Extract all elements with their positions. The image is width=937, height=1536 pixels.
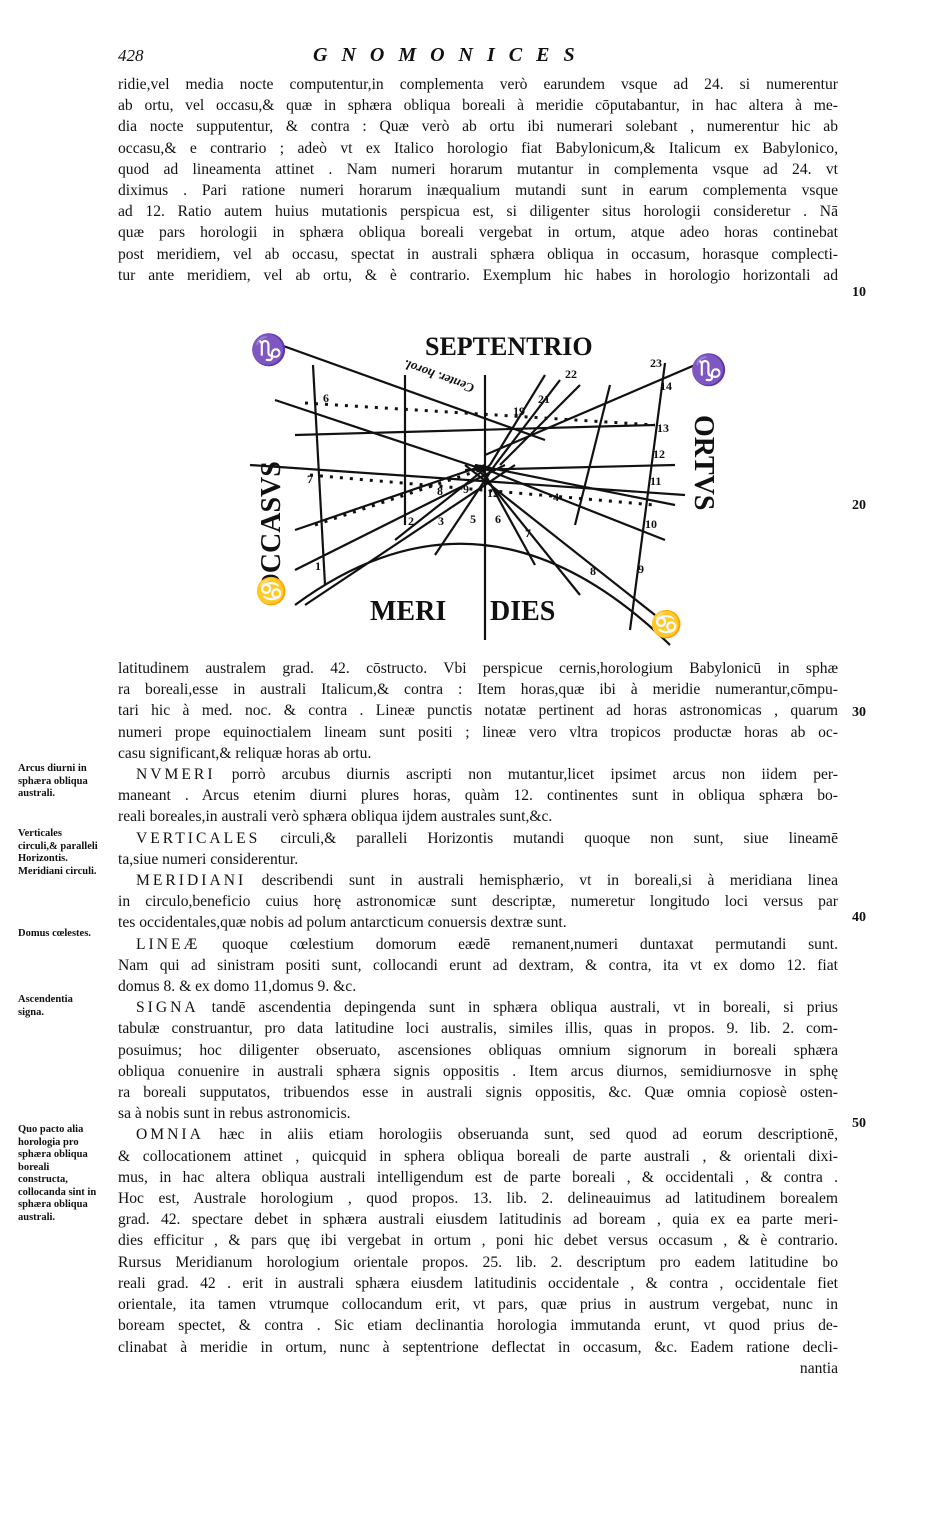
svg-text:14: 14	[660, 379, 672, 393]
text-line: grad. 42. spectare debet in sphæra austr…	[118, 1209, 838, 1230]
text-line: ad 12. Ratio autem huius mutationis pers…	[118, 201, 838, 222]
text-line: obliqua conuenire in australi sphæra sig…	[118, 1061, 838, 1082]
text-line: dies efficitur , & pars quę ibi vergebat…	[118, 1230, 838, 1251]
text-line: tes occidentales,quæ nobis ad polum anta…	[118, 912, 838, 933]
bottom-text-block: latitudinem australem grad. 42. cōstruct…	[118, 658, 838, 1379]
svg-text:2: 2	[408, 514, 414, 528]
text-line: ra boreali,esse in australi Italicum,& c…	[118, 679, 838, 700]
text-line: reali grad. 42 . erit in australi sphæra…	[118, 1273, 838, 1294]
book-page: 428 GNOMONICES ridie,vel media nocte com…	[0, 0, 937, 1536]
svg-text:19: 19	[513, 404, 525, 418]
line-marker: 40	[852, 910, 866, 926]
horizontal-sundial-figure: SEPTENTRIO MERI DIES OCCASVS ORTVS Cente…	[235, 315, 735, 655]
text-line: Hoc est, Australe horologium , quod prop…	[118, 1188, 838, 1209]
line-marker: 10	[852, 285, 866, 301]
svg-text:12: 12	[653, 447, 665, 461]
text-line: casu significant,& reliquæ horas ab ortu…	[118, 743, 838, 764]
margin-note: Ascendentia signa.	[18, 994, 98, 1019]
text-line: boream spectet, & contra . Sic etiam dec…	[118, 1315, 838, 1336]
center-label: Center. horol.	[401, 357, 476, 396]
text-line: tari hic à med. noc. & contra . Lineæ pu…	[118, 700, 838, 721]
running-title: GNOMONICES	[313, 44, 589, 67]
text-line: diximus . Pari ratione numeri horarum in…	[118, 180, 838, 201]
cancer-icon: ♋	[255, 576, 287, 606]
text-line: reali boreales,in australi verò sphæra o…	[118, 806, 838, 827]
margin-note: Verticales circuli,& paralleli Horizonti…	[18, 828, 98, 866]
meridies-right-label: DIES	[490, 596, 555, 627]
capricorn-icon: ♑	[690, 352, 727, 387]
text-line: in circulo,beneficio cuius horę astronom…	[118, 891, 838, 912]
svg-text:8: 8	[437, 484, 443, 498]
page-header: 428 GNOMONICES	[118, 46, 818, 72]
svg-text:10: 10	[645, 517, 657, 531]
cancer-icon: ♋	[650, 609, 682, 639]
text-line: ta,siue numeri considerentur.	[118, 849, 838, 870]
svg-text:5: 5	[470, 512, 476, 526]
paragraph-numeri: NVMERI porrò arcubus diurnis ascripti no…	[118, 764, 838, 785]
svg-text:13: 13	[657, 421, 669, 435]
meridies-left-label: MERI	[370, 596, 446, 627]
text-line: tur ante meridiem, vel ab ortu, & è cont…	[118, 265, 838, 286]
line-marker: 20	[852, 498, 866, 514]
line-marker: 30	[852, 705, 866, 721]
svg-text:9: 9	[638, 562, 644, 576]
paragraph-meridiani: MERIDIANI describendi sunt in australi h…	[118, 870, 838, 891]
text-line: post meridiem, vel ab occasu, spectat in…	[118, 244, 838, 265]
line-marker: 50	[852, 1116, 866, 1132]
sundial-diagram: SEPTENTRIO MERI DIES OCCASVS ORTVS Cente…	[235, 315, 735, 655]
occasus-label: OCCASVS	[256, 461, 287, 595]
svg-text:8: 8	[590, 564, 596, 578]
text-line: tabulæ construantur, pro data latitudine…	[118, 1018, 838, 1039]
text-line: ab ortu, vel occasu,& quæ in sphæra obli…	[118, 95, 838, 116]
paragraph-lineae: LINEÆ quoque cœlestium domorum eædē rema…	[118, 934, 838, 955]
text-line: domus 8. & ex domo 11,domus 9. &c.	[118, 976, 838, 997]
text-line: occasu,& e contrario ; adeò vt ex Italic…	[118, 138, 838, 159]
svg-text:4: 4	[553, 490, 559, 504]
margin-note: Arcus diurni in sphæra obliqua australi.	[18, 763, 98, 801]
text-line: clinabat à meridie in ortum, nunc à sept…	[118, 1337, 838, 1358]
paragraph-omnia: OMNIA hæc in aliis etiam horologiis obse…	[118, 1124, 838, 1145]
paragraph-verticales: VERTICALES circuli,& paralleli Horizonti…	[118, 828, 838, 849]
page-number: 428	[118, 46, 144, 66]
ortus-label: ORTVS	[688, 415, 719, 510]
septentrio-label: SEPTENTRIO	[425, 332, 593, 361]
svg-text:7: 7	[307, 472, 313, 486]
text-line: Nam qui ad sinistram positi sunt, colloc…	[118, 955, 838, 976]
text-line: quæ pars horologii in sphæra obliqua bor…	[118, 222, 838, 243]
text-line: posuimus; hoc diligenter obseruato, asce…	[118, 1040, 838, 1061]
text-line: quod ad lineamenta attinet . Nam numeri …	[118, 159, 838, 180]
text-line: ridie,vel media nocte computentur,in com…	[118, 74, 838, 95]
text-line: latitudinem australem grad. 42. cōstruct…	[118, 658, 838, 679]
svg-text:11: 11	[650, 474, 661, 488]
svg-text:6: 6	[323, 391, 329, 405]
text-line: ra boreali supputatos, tribuendos esse i…	[118, 1082, 838, 1103]
margin-note: Quo pacto alia horologia pro sphæra obli…	[18, 1124, 98, 1224]
text-line: maneant . Arcus etenim diurni plures hor…	[118, 785, 838, 806]
margin-note: Domus cœlestes.	[18, 928, 98, 941]
capricorn-icon: ♑	[250, 332, 287, 367]
svg-text:1: 1	[315, 559, 321, 573]
catchword: nantia	[118, 1358, 838, 1379]
margin-note: Meridiani circuli.	[18, 866, 98, 879]
paragraph-signa: SIGNA tandē ascendentia depingenda sunt …	[118, 997, 838, 1018]
svg-text:7: 7	[525, 526, 531, 540]
text-line: sa à nobis sunt in rebus astronomicis.	[118, 1103, 838, 1124]
svg-text:12: 12	[487, 486, 499, 500]
svg-text:22: 22	[565, 367, 577, 381]
text-line: & collocationem attinet , quicquid in sp…	[118, 1146, 838, 1167]
svg-text:21: 21	[538, 392, 550, 406]
svg-text:6: 6	[495, 512, 501, 526]
top-text-block: ridie,vel media nocte computentur,in com…	[118, 74, 838, 286]
svg-text:3: 3	[438, 514, 444, 528]
text-line: Rursus Meridianum horologium orientale p…	[118, 1252, 838, 1273]
svg-text:9: 9	[463, 482, 469, 496]
text-line: mus, in hac altera obliqua australi inte…	[118, 1167, 838, 1188]
text-line: numeri prope equinoctialem lineam sunt p…	[118, 722, 838, 743]
svg-text:23: 23	[650, 356, 662, 370]
text-line: dia nocte supputentur, & contra : Quæ ve…	[118, 116, 838, 137]
text-line: orientale, ita tamen vtrumque collocandu…	[118, 1294, 838, 1315]
